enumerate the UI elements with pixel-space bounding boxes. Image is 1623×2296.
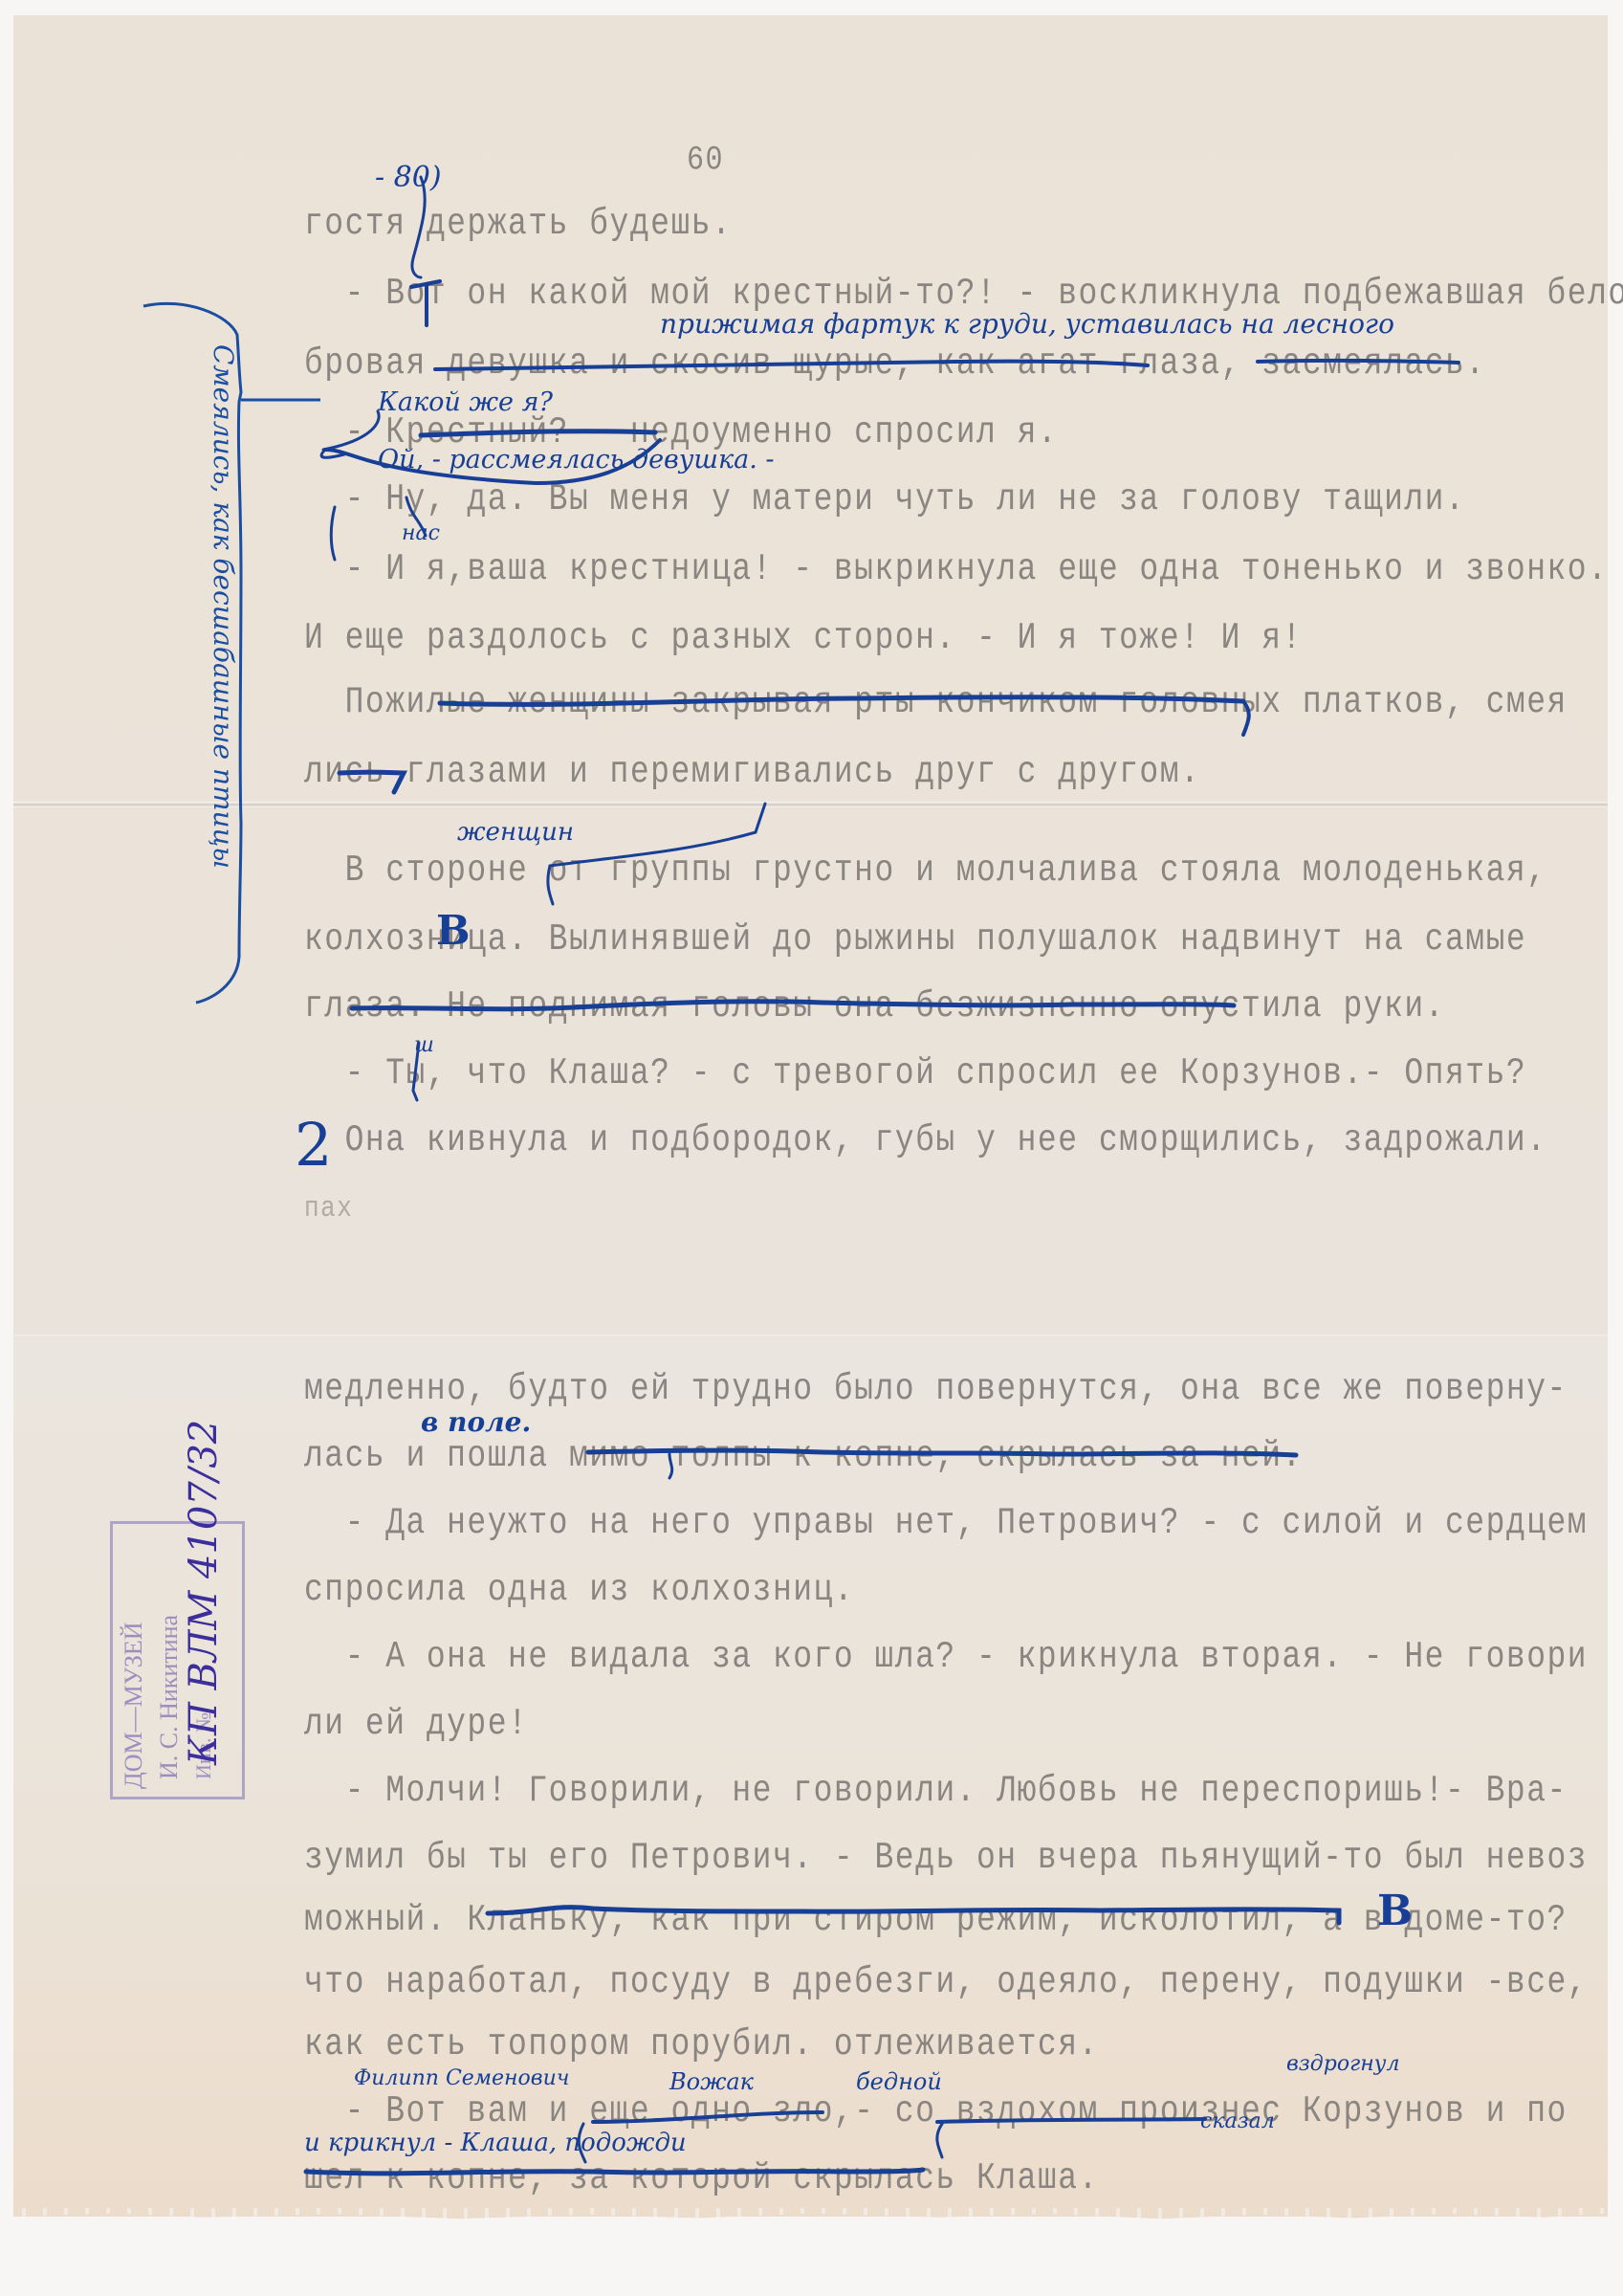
ink-sh-superscript: ш xyxy=(414,1033,434,1057)
ink-bottom-4: вздрогнул xyxy=(1286,2052,1399,2076)
typed-line-17: - Да неужто на него управы нет, Петрович… xyxy=(304,1502,1588,1544)
ink-bottom-5: и крикнул - Клаша, подожди xyxy=(304,2129,687,2157)
stamp-line-1: ДОМ—МУЗЕЙ xyxy=(120,1623,148,1790)
typed-line-22: зумил бы ты его Петрович. - Ведь он вчер… xyxy=(304,1837,1588,1879)
typed-line-12: глаза. Не поднимая головы она безжизненн… xyxy=(304,985,1445,1027)
typed-line-20: ли ей дуре! xyxy=(304,1703,528,1745)
ink-top-correction: - 80) xyxy=(375,161,442,194)
typed-line-27: шел к копне, за которой скрылась Клаша. xyxy=(304,2157,1099,2199)
ink-bottom-3: бедной xyxy=(856,2068,942,2095)
typed-line-9: лись глазами и перемигивались друг с дру… xyxy=(304,751,1200,793)
stamp-line-2: И. С. Никитина xyxy=(155,1615,184,1779)
page-number: 60 xyxy=(687,142,724,180)
typed-line-18: спросила одна из колхозниц. xyxy=(304,1569,854,1611)
typed-line-16: лась и пошла мимо толпы к копне, скрылас… xyxy=(304,1435,1303,1477)
typed-line-10: В стороне от группы грустно и молчалива … xyxy=(304,850,1547,892)
typed-line-15: медленно, будто ей трудно было повернутс… xyxy=(304,1368,1568,1410)
ink-left-margin-note: Смеялись, как бесшабашные птицы xyxy=(208,344,239,869)
typed-line-14: Она кивнула и подбородок, губы у нее смо… xyxy=(304,1119,1547,1161)
ink-insert-v-pole: в поле. xyxy=(421,1406,531,1438)
typed-line-26: - Вот вам и еще одно зло,- со вздохом пр… xyxy=(304,2090,1568,2132)
ink-insert-oy: Ой, - рассмеялась девушка. - xyxy=(378,445,775,475)
ink-bottom-2: Вожак xyxy=(669,2068,754,2095)
typed-line-11: колхозница. Вылинявшей до рыжины полушал… xyxy=(304,918,1526,960)
ink-capital-v: В xyxy=(436,907,471,954)
typed-line-24: что наработал, посуду в дребезги, одеяло… xyxy=(304,1961,1588,2003)
typed-line-3: бровая девушка и скосив щурые, как агат … xyxy=(304,342,1486,385)
typed-line-1: гостя держать будешь. xyxy=(304,203,732,245)
typed-fragment: пах xyxy=(304,1191,353,1225)
ink-insert-nas: нас xyxy=(402,521,440,545)
ink-margin-number: 2 xyxy=(295,1110,332,1180)
typed-line-8: Пожилые женщины закрывая рты кончиком го… xyxy=(304,681,1568,723)
ink-bottom-6: сказал xyxy=(1200,2109,1275,2133)
ink-insert-kakoy: Какой же я? xyxy=(378,387,553,417)
typed-line-21: - Молчи! Говорили, не говорили. Любовь н… xyxy=(304,1770,1568,1812)
ink-insert-line2: прижимая фартук к груди, уставилась на л… xyxy=(660,308,1394,340)
stamp-inventory-number: КП ВЛМ 4107/32 xyxy=(182,1420,226,1765)
ink-insert-v-dome: В xyxy=(1377,1887,1413,1935)
typed-line-5: - Ну, да. Вы меня у матери чуть ли не за… xyxy=(304,478,1465,520)
typed-line-19: - А она не видала за кого шла? - крикнул… xyxy=(304,1636,1588,1678)
typed-line-7: И еще раздолось с разных сторон. - И я т… xyxy=(304,617,1303,659)
typed-line-13: - Ты, что Клаша? - с тревогой спросил ее… xyxy=(304,1052,1526,1094)
typed-line-25: как есть топором порубил. отлеживается. xyxy=(304,2023,1099,2065)
ink-insert-zhenshchin: женщин xyxy=(457,818,574,847)
fold-crease xyxy=(13,802,1608,807)
ink-bottom-1: Филипп Семенович xyxy=(354,2066,569,2090)
typed-line-6: - И я,ваша крестница! - выкрикнула еще о… xyxy=(304,548,1608,590)
